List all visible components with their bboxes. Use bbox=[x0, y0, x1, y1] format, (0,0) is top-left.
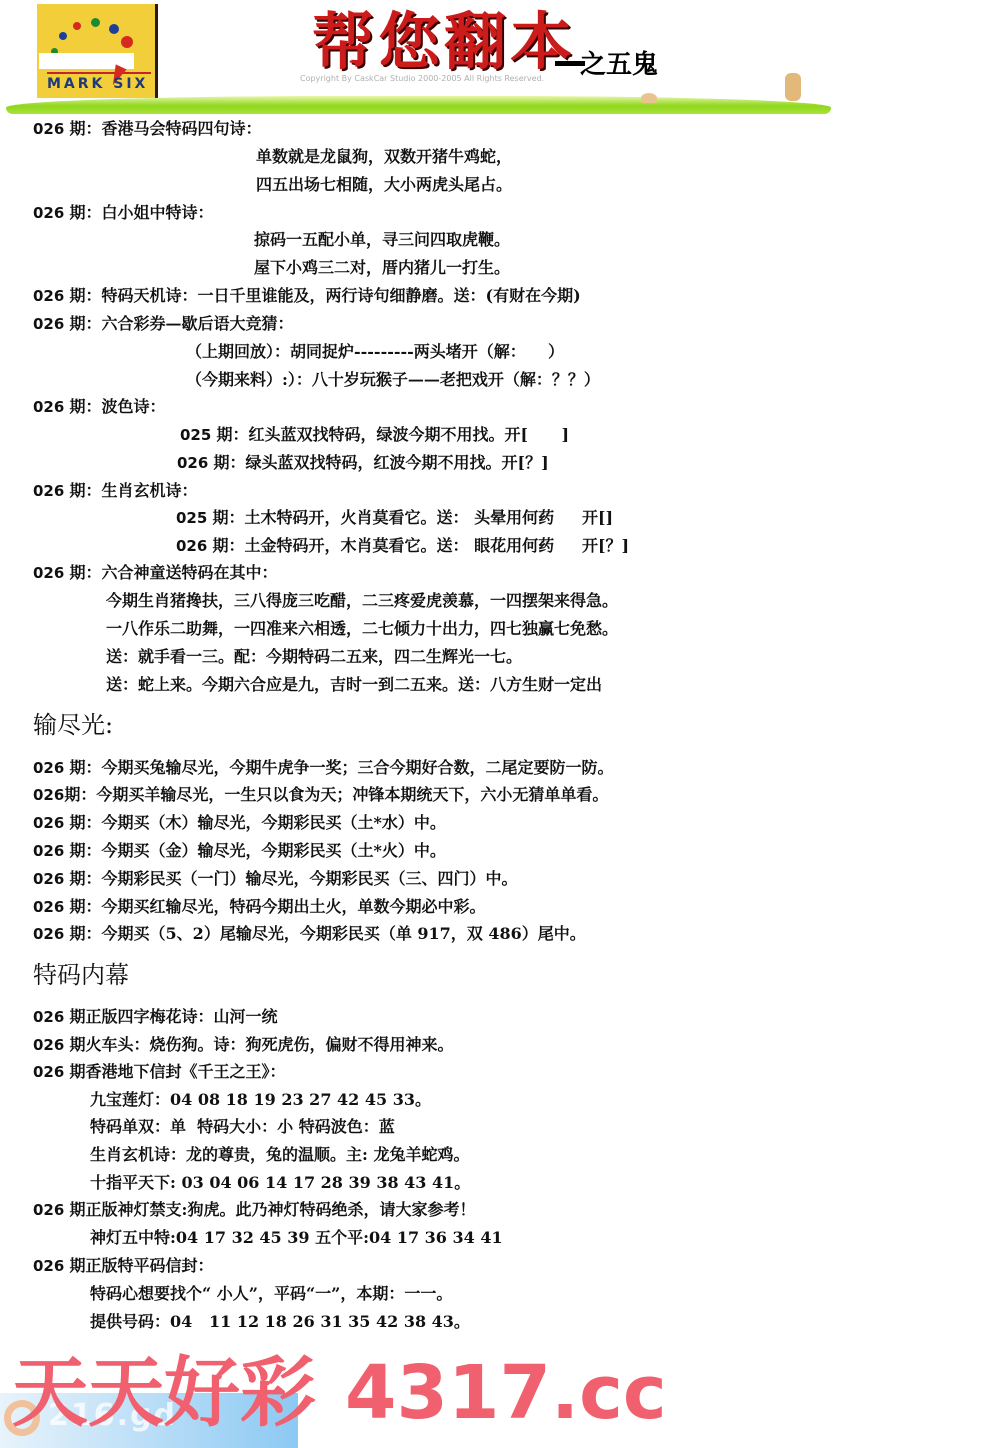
list-item: 026 期：今期买（金）输尽光，今期彩民买（土*火）中。 bbox=[33, 840, 446, 862]
logo-dot-icon bbox=[109, 24, 119, 34]
stone-decoration-icon bbox=[785, 73, 801, 101]
list-item: 026 期：今期买兔输尽光，今期牛虎争一奖；三合今期好合数，二尾定要防一防。 bbox=[33, 757, 614, 779]
detail-line: 特码心想要找个“ 小人”，平码“一”，本期：一一。 bbox=[90, 1283, 452, 1305]
logo-dot-icon bbox=[59, 32, 67, 40]
poem-item: 026 期：六合神童送特码在其中： bbox=[33, 562, 278, 584]
riddle-line: （上期回放）：胡同捉炉---------两头堵开（解： ） bbox=[186, 341, 564, 363]
list-item: 026 期正版四字梅花诗：山河一统 bbox=[33, 1006, 278, 1028]
list-item: 026 期：今期彩民买（一门）输尽光，今期彩民买（三、四门）中。 bbox=[33, 868, 518, 890]
detail-line: 特码单双：单 特码大小：小 特码波色：蓝 bbox=[90, 1116, 395, 1138]
page-title: 帮您翻本 bbox=[312, 0, 576, 84]
poem-subitem: 025 期：红头蓝双找特码，绿波今期不用找。开[ ] bbox=[180, 424, 569, 446]
watermark-brand: 天天好彩 bbox=[12, 1348, 316, 1438]
poem-item: 026 期：生肖玄机诗： bbox=[33, 480, 198, 502]
page-header: MARK SIX Copyright By CaskCar Studio 200… bbox=[0, 0, 992, 118]
detail-line: 十指平天下: 03 04 06 14 17 28 39 38 43 41。 bbox=[90, 1172, 470, 1194]
detail-line: 九宝莲灯：04 08 18 19 23 27 42 45 33。 bbox=[90, 1089, 431, 1111]
logo-text: MARK SIX bbox=[47, 76, 148, 92]
poem-item: 026 期：六合彩券—歇后语大竞猜： bbox=[33, 313, 294, 335]
section-heading: 输尽光: bbox=[33, 710, 113, 740]
poem-line: 送：蛇上来。今期六合应是九，吉时一到二五来。送：八方生财一定出 bbox=[106, 674, 602, 696]
logo-dot-icon bbox=[121, 36, 133, 48]
detail-line: 神灯五中特:04 17 32 45 39 五个平:04 17 36 34 41 bbox=[90, 1227, 503, 1249]
list-item: 026 期正版特平码信封： bbox=[33, 1255, 214, 1277]
list-item: 026 期：今期买红输尽光，特码今期出土火，单数今期必中彩。 bbox=[33, 896, 486, 918]
list-item: 026 期：今期买（5、2）尾输尽光，今期彩民买（单 917，双 486）尾中。 bbox=[33, 923, 586, 945]
list-item: 026 期：今期买（木）输尽光，今期彩民买（土*水）中。 bbox=[33, 812, 446, 834]
list-item: 026期：今期买羊输尽光，一生只以食为天；冲锋本期统天下，六小无猜单单看。 bbox=[33, 784, 608, 806]
poem-line: 一八作乐二助舞，一四准来六相透，二七倾力十出力，四七独赢七免愁。 bbox=[106, 618, 618, 640]
list-item: 026 期正版神灯禁支:狗虎。此乃神灯特码绝杀，请大家参考！ bbox=[33, 1199, 475, 1221]
poem-item: 026 期：波色诗： bbox=[33, 396, 166, 418]
poem-subitem: 026 期：土金特码开，木肖莫看它。送： 眼花用何药 开[？] bbox=[176, 535, 629, 557]
list-item: 026 期火车头：烧伤狗。诗：狗死虎伤，偏财不得用神来。 bbox=[33, 1034, 454, 1056]
logo-dot-icon bbox=[91, 18, 100, 27]
grass-banner bbox=[6, 96, 831, 114]
section-heading: 特码内幕 bbox=[33, 960, 129, 990]
poem-line: 掠码一五配小单，寻三问四取虎鞭。 bbox=[254, 229, 510, 251]
poem-line: 送：就手看一三。配：今期特码二五来，四二生辉光一七。 bbox=[106, 646, 522, 668]
logo-dot-icon bbox=[73, 22, 81, 30]
poem-item: 026 期：香港马会特码四句诗： bbox=[33, 118, 262, 140]
poem-item: 026 期：白小姐中特诗： bbox=[33, 202, 214, 224]
mark-six-logo: MARK SIX bbox=[37, 4, 158, 98]
list-item: 026 期香港地下信封《千王之王》： bbox=[33, 1061, 286, 1083]
page-subtitle: 之五鬼 bbox=[580, 44, 658, 81]
poem-line: 四五出场七相随，大小两虎头尾占。 bbox=[256, 174, 512, 196]
detail-line: 提供号码：04 11 12 18 26 31 35 42 38 43。 bbox=[90, 1311, 470, 1333]
poem-line: 屋下小鸡三二对，厝内猪儿一打生。 bbox=[254, 257, 510, 279]
riddle-line: （今期来料）:）：八十岁玩猴子——老把戏开（解：？？） bbox=[186, 369, 600, 391]
poem-line: 今期生肖猪搀扶，三八得庞三吃醋，二三疼爱虎羡慕，一四摆架来得急。 bbox=[106, 590, 618, 612]
poem-item: 026 期：特码天机诗：一日千里谁能及，两行诗句细静磨。送：(有财在今期) bbox=[33, 285, 581, 307]
watermark-domain: 4317.cc bbox=[345, 1348, 667, 1438]
logo-red-line bbox=[47, 72, 151, 74]
mushroom-decoration-icon bbox=[641, 93, 657, 103]
poem-subitem: 025 期：土木特码开，火肖莫看它。送： 头晕用何药 开[] bbox=[176, 507, 613, 529]
detail-line: 生肖玄机诗：龙的尊贵，兔的温顺。主: 龙兔羊蛇鸡。 bbox=[90, 1144, 469, 1166]
poem-line: 单数就是龙鼠狗，双数开猪牛鸡蛇， bbox=[256, 146, 512, 168]
poem-subitem: 026 期：绿头蓝双找特码，红波今期不用找。开[？] bbox=[177, 452, 549, 474]
